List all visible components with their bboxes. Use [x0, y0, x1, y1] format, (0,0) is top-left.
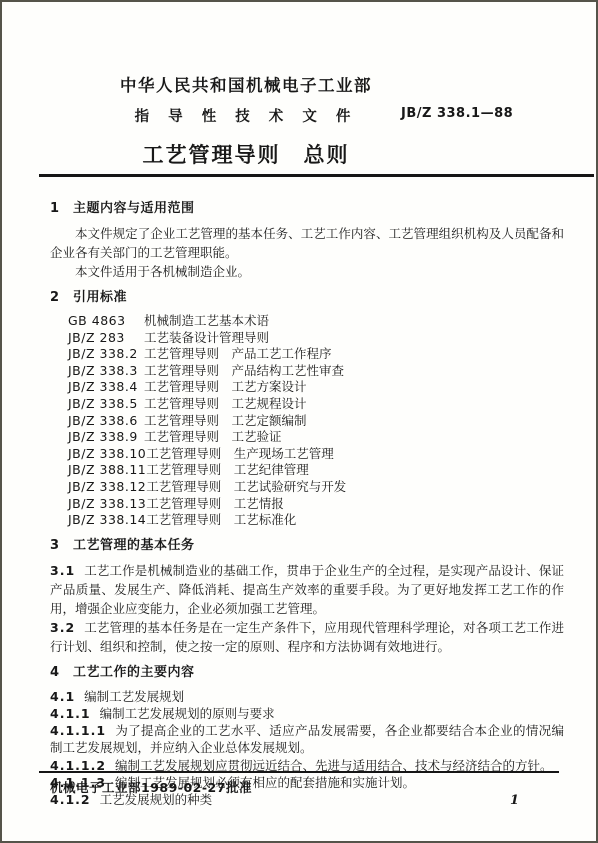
section-2-heading: 2 引用标准: [50, 288, 564, 307]
reference-title: 工艺管理导则 工艺规程设计: [144, 396, 307, 411]
clause-text: 工艺工作是机械制造业的基础工作，贯串于企业生产的全过程，是实现产品设计、保证产品…: [50, 563, 564, 616]
reference-row: JB/Z 338.2工艺管理导则 产品工艺工作程序: [68, 346, 564, 363]
reference-title: 工艺管理导则 工艺标准化: [146, 512, 296, 527]
reference-title: 机械制造工艺基本术语: [144, 313, 269, 328]
reference-code: JB/Z 338.9: [68, 429, 144, 446]
reference-row: GB 4863机械制造工艺基本术语: [68, 313, 564, 330]
clause-number: 4.1: [50, 689, 75, 704]
reference-title: 工艺管理导则 工艺验证: [144, 429, 282, 444]
document-page: 中华人民共和国机械电子工业部 指 导 性 技 术 文 件 JB/Z 338.1—…: [0, 0, 598, 843]
page-number: 1: [510, 793, 519, 808]
reference-title: 工艺管理导则 工艺定额编制: [144, 413, 307, 428]
reference-code: JB/Z 338.2: [68, 346, 144, 363]
header-rule: [39, 174, 594, 177]
reference-title: 工艺管理导则 生产现场工艺管理: [146, 446, 334, 461]
reference-list: GB 4863机械制造工艺基本术语 JB/Z 283工艺装备设计管理导则 JB/…: [50, 313, 564, 529]
reference-code: JB/Z 388.11: [68, 462, 146, 479]
document-title: 工艺管理导则 总则: [50, 139, 442, 169]
reference-row: JB/Z 338.9工艺管理导则 工艺验证: [68, 429, 564, 446]
clause-text: 工艺管理的基本任务是在一定生产条件下，应用现代管理科学理论，对各项工艺工作进行计…: [50, 620, 564, 654]
reference-code: JB/Z 338.12: [68, 479, 146, 496]
clause-3-2: 3.2工艺管理的基本任务是在一定生产条件下，应用现代管理科学理论，对各项工艺工作…: [50, 618, 564, 656]
clause-text: 编制工艺发展规划: [84, 689, 184, 704]
reference-title: 工艺管理导则 产品结构工艺性审查: [144, 363, 344, 378]
section-3-heading: 3 工艺管理的基本任务: [50, 536, 564, 555]
reference-title: 工艺装备设计管理导则: [144, 330, 269, 345]
document-header: 中华人民共和国机械电子工业部 指 导 性 技 术 文 件: [50, 72, 442, 126]
clause-number: 3.1: [50, 563, 75, 578]
reference-code: JB/Z 283: [68, 330, 144, 347]
reference-row: JB/Z 338.14工艺管理导则 工艺标准化: [68, 512, 564, 529]
reference-code: JB/Z 338.4: [68, 379, 144, 396]
reference-code: JB/Z 338.5: [68, 396, 144, 413]
reference-row: JB/Z 338.12工艺管理导则 工艺试验研究与开发: [68, 479, 564, 496]
clause-4-1-1-1: 4.1.1.1为了提高企业的工艺水平、适应产品发展需要，各企业都要结合本企业的情…: [50, 722, 564, 756]
clause-3-1: 3.1工艺工作是机械制造业的基础工作，贯串于企业生产的全过程，是实现产品设计、保…: [50, 561, 564, 618]
reference-row: JB/Z 338.5工艺管理导则 工艺规程设计: [68, 396, 564, 413]
reference-title: 工艺管理导则 工艺试验研究与开发: [146, 479, 346, 494]
reference-title: 工艺管理导则 产品工艺工作程序: [144, 346, 332, 361]
doc-type-line: 指 导 性 技 术 文 件: [50, 105, 442, 126]
reference-row: JB/Z 283工艺装备设计管理导则: [68, 330, 564, 347]
clause-number: 4.1.1: [50, 706, 91, 721]
approval-note: 机械电子工业部1989-02-27批准: [50, 778, 252, 796]
standard-number: JB/Z 338.1—88: [401, 106, 513, 121]
issuer-line: 中华人民共和国机械电子工业部: [50, 72, 442, 96]
reference-title: 工艺管理导则 工艺情报: [146, 496, 284, 511]
reference-row: JB/Z 338.13工艺管理导则 工艺情报: [68, 496, 564, 513]
section-1-paragraph-1: 本文件规定了企业工艺管理的基本任务、工艺工作内容、工艺管理组织机构及人员配备和企…: [50, 224, 564, 262]
reference-title: 工艺管理导则 工艺纪律管理: [146, 462, 309, 477]
reference-row: JB/Z 338.3工艺管理导则 产品结构工艺性审查: [68, 363, 564, 380]
reference-code: JB/Z 338.10: [68, 446, 146, 463]
section-1-paragraph-2: 本文件适用于各机械制造企业。: [50, 262, 564, 281]
reference-row: JB/Z 338.10工艺管理导则 生产现场工艺管理: [68, 446, 564, 463]
clause-text: 为了提高企业的工艺水平、适应产品发展需要，各企业都要结合本企业的情况编制工艺发展…: [50, 723, 564, 755]
reference-code: GB 4863: [68, 313, 144, 330]
section-4-heading: 4 工艺工作的主要内容: [50, 663, 564, 682]
reference-code: JB/Z 338.13: [68, 496, 146, 513]
clause-4-1-1: 4.1.1编制工艺发展规划的原则与要求: [50, 705, 564, 722]
reference-title: 工艺管理导则 工艺方案设计: [144, 379, 307, 394]
clause-4-1: 4.1编制工艺发展规划: [50, 688, 564, 705]
clause-text: 编制工艺发展规划的原则与要求: [100, 706, 275, 721]
clause-number: 3.2: [50, 620, 75, 635]
reference-row: JB/Z 338.6工艺管理导则 工艺定额编制: [68, 413, 564, 430]
clause-number: 4.1.1.1: [50, 723, 106, 738]
document-body: 1 主题内容与适用范围 本文件规定了企业工艺管理的基本任务、工艺工作内容、工艺管…: [50, 192, 564, 808]
reference-row: JB/Z 388.11工艺管理导则 工艺纪律管理: [68, 462, 564, 479]
footer-rule: [39, 771, 559, 773]
reference-code: JB/Z 338.14: [68, 512, 146, 529]
reference-code: JB/Z 338.3: [68, 363, 144, 380]
reference-row: JB/Z 338.4工艺管理导则 工艺方案设计: [68, 379, 564, 396]
reference-code: JB/Z 338.6: [68, 413, 144, 430]
section-1-heading: 1 主题内容与适用范围: [50, 199, 564, 218]
